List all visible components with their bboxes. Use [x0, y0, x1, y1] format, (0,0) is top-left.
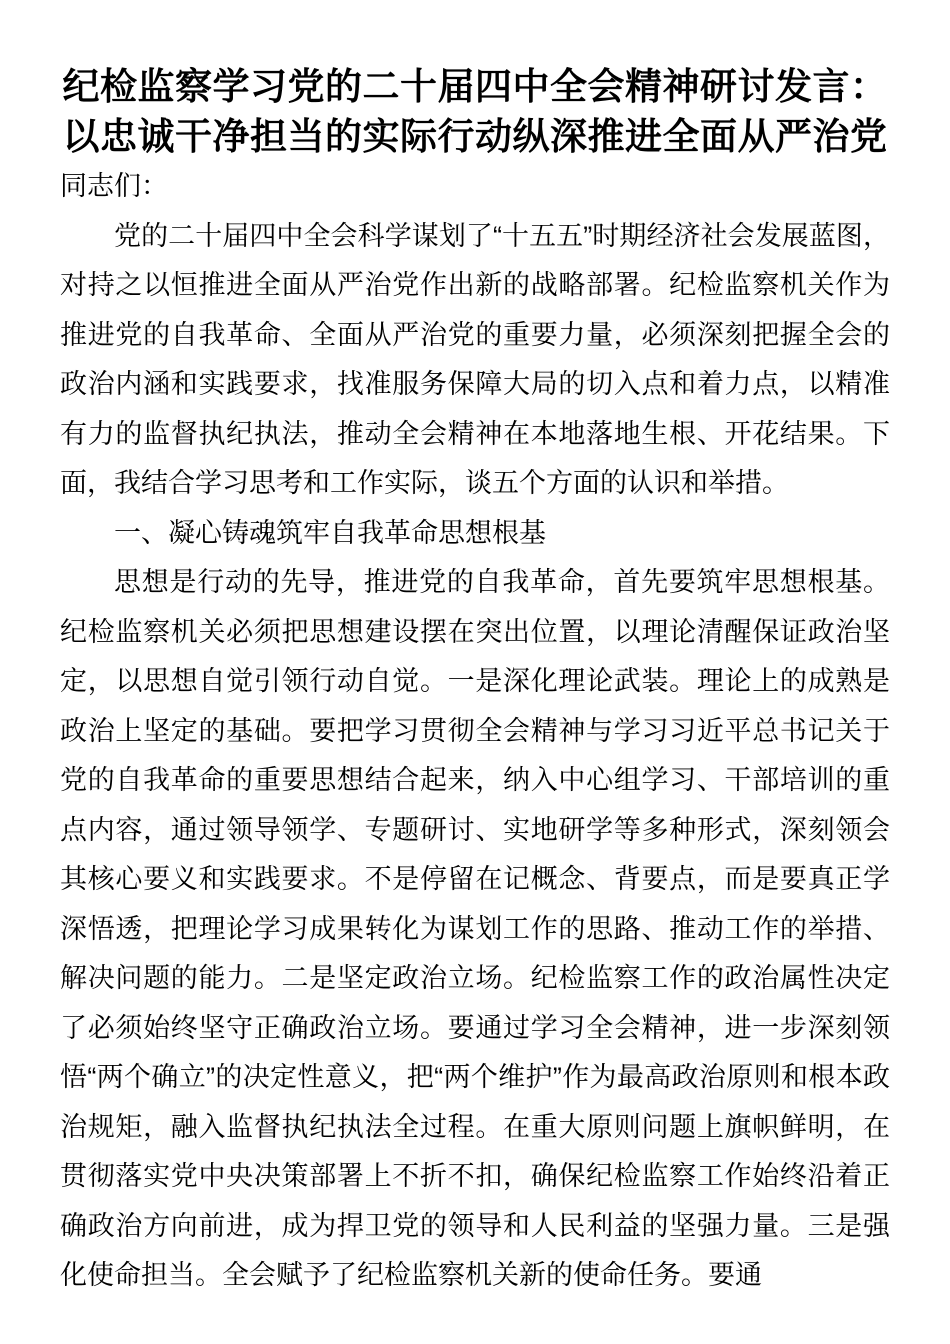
- paragraph-intro: 党的二十届四中全会科学谋划了“十五五”时期经济社会发展蓝图，对持之以恒推进全面从…: [60, 212, 890, 509]
- paragraph-section-1-body: 思想是行动的先导，推进党的自我革命，首先要筑牢思想根基。纪检监察机关必须把思想建…: [60, 558, 890, 1301]
- salutation: 同志们：: [60, 162, 890, 212]
- document-page: 纪检监察学习党的二十届四中全会精神研讨发言：以忠诚干净担当的实际行动纵深推进全面…: [0, 0, 950, 1344]
- document-title: 纪检监察学习党的二十届四中全会精神研讨发言：以忠诚干净担当的实际行动纵深推进全面…: [60, 62, 890, 162]
- section-heading-1: 一、凝心铸魂筑牢自我革命思想根基: [60, 509, 890, 559]
